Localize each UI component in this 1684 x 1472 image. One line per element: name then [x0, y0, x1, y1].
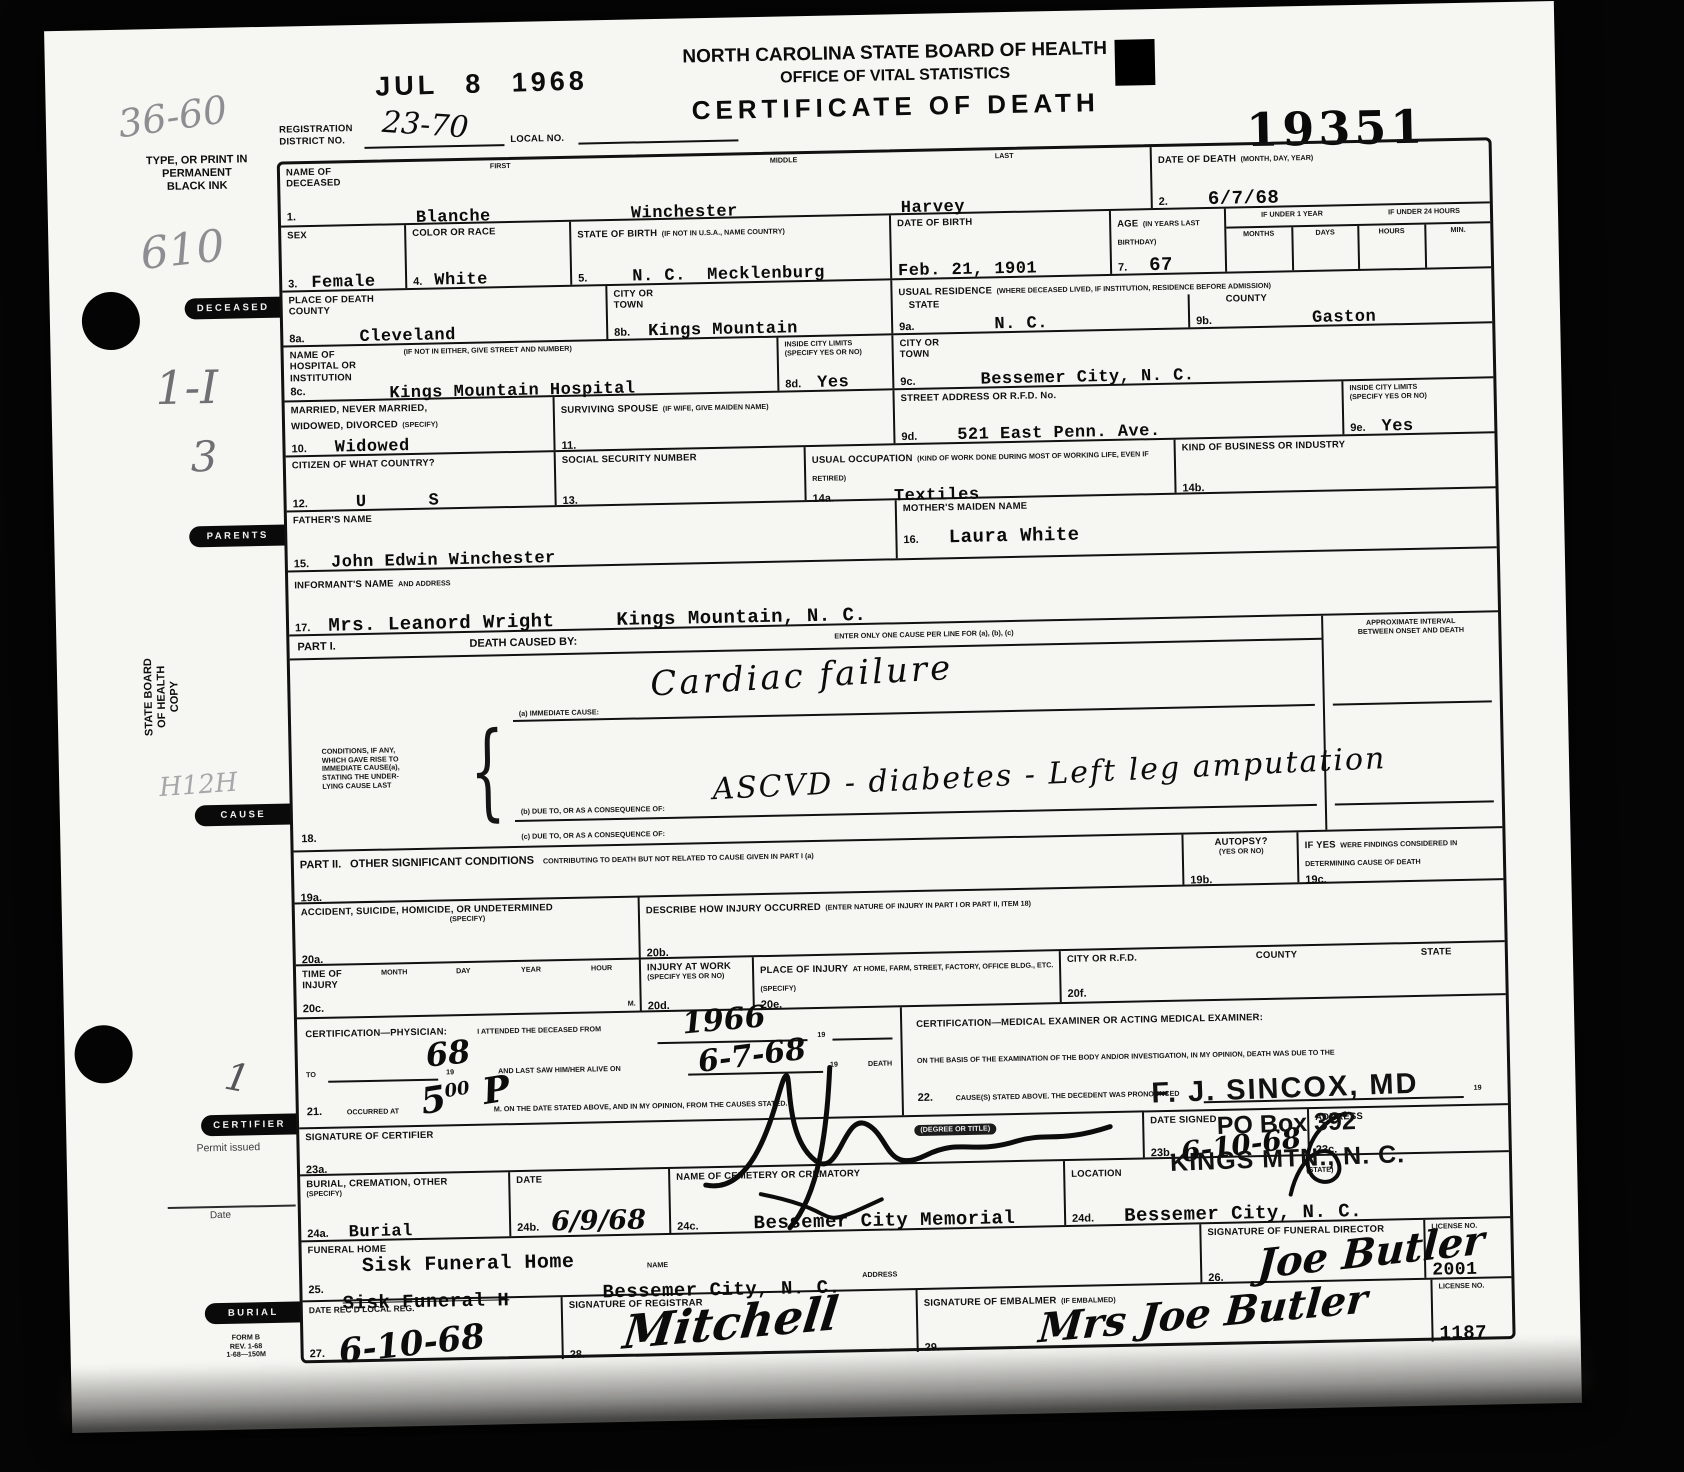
name-number: 1. — [287, 212, 296, 223]
field-res-state: STATE 9a.N. C. — [893, 294, 1191, 333]
marital-label-2: WIDOWED, DIVORCED — [291, 420, 398, 433]
year-sublabel: YEAR — [521, 966, 541, 975]
spouse-label: SURVIVING SPOUSE — [561, 403, 659, 416]
immediate-cause-label: (a) IMMEDIATE CAUSE: — [519, 708, 599, 718]
field-ssn: SOCIAL SECURITY NUMBER 13. — [556, 447, 807, 505]
date-received-number: 27. — [310, 1349, 326, 1360]
ink-instruction: TYPE, OR PRINT IN PERMANENT BLACK INK — [127, 153, 268, 195]
burial-date-value: 6/9/68 — [551, 1204, 646, 1237]
burial-sublabel: (SPECIFY) — [306, 1187, 504, 1200]
mother-number: 16. — [903, 535, 919, 546]
sob-value: N. C. Mecklenburg — [632, 265, 825, 286]
other-conditions-sublabel: CONTRIBUTING TO DEATH BUT NOT RELATED TO… — [543, 851, 814, 865]
months-label: MONTHS — [1226, 227, 1293, 271]
autopsy-number: 19b. — [1190, 875, 1212, 886]
pencil-note-610: 610 — [138, 220, 227, 280]
occurred-at-label: OCCURRED AT — [347, 1107, 399, 1117]
scanned-death-certificate: { "scan": {"cert_no": "19351", "date_sta… — [0, 0, 1684, 1472]
marital-number: 10. — [291, 444, 307, 455]
field-embalmer-signature: SIGNATURE OF EMBALMER (IF EMBALMED) 29. … — [918, 1280, 1434, 1352]
age-value: 67 — [1149, 256, 1173, 275]
field-autopsy: AUTOPSY? (YES OR NO) 19b. — [1183, 832, 1299, 884]
blank-line — [1335, 800, 1494, 805]
pod-icl-value: Yes — [817, 374, 849, 392]
accident-number: 20a. — [302, 955, 324, 966]
field-place-of-injury: PLACE OF INJURY AT HOME, FARM, STREET, F… — [754, 951, 1062, 1008]
burial-value: Burial — [349, 1223, 414, 1241]
tab-certifier: CERTIFIER — [201, 1113, 298, 1136]
received-date-stamp: JUL 8 1968 — [375, 65, 588, 102]
brace-glyph: { — [469, 718, 506, 824]
dod-sublabel: (MONTH, DAY, YEAR) — [1240, 153, 1313, 163]
marital-value: Widowed — [335, 438, 410, 457]
field-registrar-signature: SIGNATURE OF REGISTRAR 28. Mitchell — [563, 1290, 919, 1359]
ssn-number: 13. — [563, 496, 579, 507]
how-injury-number: 20b. — [647, 948, 669, 959]
permit-issued-label: Permit issued — [196, 1141, 260, 1154]
other-conditions-number: 19a. — [300, 893, 322, 904]
embalmer-label: SIGNATURE OF EMBALMER — [924, 1295, 1057, 1309]
field-res-county: COUNTY 9b.Gaston — [1190, 288, 1493, 327]
field-state-of-birth: STATE OF BIRTH (IF NOT IN U.S.A., NAME C… — [571, 215, 892, 284]
form-header: NORTH CAROLINA STATE BOARD OF HEALTH OFF… — [605, 36, 1186, 128]
month-sublabel: MONTH — [381, 968, 408, 977]
field-license-1187: LICENSE NO. 1187 — [1432, 1278, 1512, 1342]
license-value-1187: 1187 — [1439, 1324, 1487, 1344]
residence-header: USUAL RESIDENCE — [898, 285, 992, 298]
sob-label: STATE OF BIRTH — [577, 228, 657, 241]
pod-county-value: Cleveland — [359, 327, 456, 346]
field-business: KIND OF BUSINESS OR INDUSTRY 14b. — [1176, 433, 1496, 492]
field-interval: APPROXIMATE INTERVAL BETWEEN ONSET AND D… — [1323, 612, 1502, 829]
funeral-name-sublabel: NAME — [647, 1261, 668, 1270]
middle-sublabel: MIDDLE — [770, 156, 798, 165]
hospital-number: 8c. — [290, 387, 306, 398]
pod-city-number: 8b. — [614, 328, 630, 339]
sig-certifier-number: 23a. — [306, 1165, 328, 1176]
sex-value: Female — [311, 274, 376, 292]
blank-line — [513, 704, 1315, 722]
citizen-number: 12. — [293, 499, 309, 510]
item-18-number: 18. — [301, 834, 317, 845]
race-number: 4. — [413, 277, 422, 288]
conditions-note: CONDITIONS, IF ANY, WHICH GAVE RISE TO I… — [322, 745, 468, 791]
year-19-a: 19 — [817, 1031, 825, 1040]
part1-label: PART I. — [297, 641, 336, 655]
res-county-value: Gaston — [1312, 309, 1377, 327]
time-injury-number: 20c. — [303, 1004, 325, 1015]
field-injury-at-work: INJURY AT WORK (SPECIFY YES OR NO) 20d. — [641, 957, 755, 1010]
scan-artifact — [1114, 39, 1155, 86]
race-label: COLOR OR RACE — [412, 225, 565, 239]
tab-certifier-label: CERTIFIER — [213, 1119, 286, 1131]
due-to-b-value: ASCVD - diabetes - Left leg amputation — [712, 743, 1333, 807]
occupation-value: Textiles — [894, 487, 980, 506]
injury-county-label: COUNTY — [1256, 949, 1298, 961]
spouse-sublabel: (IF WIFE, GIVE MAIDEN NAME) — [663, 402, 769, 413]
field-funeral-director-signature: SIGNATURE OF FUNERAL DIRECTOR 26. Joe Bu… — [1201, 1220, 1426, 1282]
field-injury-location: CITY OR R.F.D. COUNTY STATE 20f. — [1061, 942, 1506, 1002]
res-icl-sublabel: (SPECIFY YES OR NO) — [1350, 390, 1490, 401]
due-to-c-label: (c) DUE TO, OR AS A CONSEQUENCE OF: — [521, 830, 665, 842]
father-number: 15. — [294, 559, 310, 570]
field-surviving-spouse: SURVIVING SPOUSE (IF WIFE, GIVE MAIDEN N… — [555, 390, 896, 450]
pencil-note-1-I: 1-I — [155, 360, 219, 415]
funeral-home-number: 25. — [308, 1285, 324, 1296]
copy-designation: STATE BOARD OF HEALTH COPY — [141, 631, 183, 762]
other-conditions-label: OTHER SIGNIFICANT CONDITIONS — [350, 855, 534, 871]
sob-number: 5. — [578, 273, 587, 284]
citizen-label: CITIZEN OF WHAT COUNTRY? — [292, 455, 550, 472]
findings-number: 19c. — [1305, 875, 1327, 886]
pod-city-value: Kings Mountain — [648, 320, 798, 340]
conditions-line5: LYING CAUSE LAST — [322, 780, 467, 792]
tab-cause-label: CAUSE — [220, 809, 266, 821]
informant-number: 17. — [295, 623, 311, 634]
hour-sublabel: HOUR — [591, 964, 612, 973]
field-hospital: NAME OF HOSPITAL OR INSTITUTION (IF NOT … — [283, 338, 779, 401]
citizen-value: U S — [356, 492, 453, 511]
blank-line — [364, 144, 504, 149]
place-injury-number: 20e. — [761, 1000, 783, 1011]
license-label-2: LICENSE NO. — [1438, 1281, 1507, 1291]
res-city-value: Bessemer City, N. C. — [980, 367, 1194, 388]
to-year-value: 68 — [424, 1032, 472, 1075]
tab-parents-label: PARENTS — [207, 530, 269, 542]
district-no-value: 23-70 — [381, 105, 470, 146]
pencil-note-36-60: 36-60 — [115, 87, 230, 146]
date-received-label: DATE REC'D LOCAL REG. — [309, 1300, 557, 1315]
tab-burial: BURIAL — [205, 1301, 302, 1324]
burial-date-label: DATE — [516, 1172, 664, 1186]
field-sex: SEX 3.Female — [281, 225, 407, 290]
tab-deceased: DECEASED — [184, 297, 281, 320]
blank-line — [578, 139, 738, 144]
injury-state-label: STATE — [1421, 946, 1452, 958]
dob-label: DATE OF BIRTH — [897, 214, 1105, 230]
injury-work-sublabel: (SPECIFY YES OR NO) — [647, 972, 748, 983]
under-24-hours-label: IF UNDER 24 HOURS — [1358, 203, 1490, 224]
tab-deceased-label: DECEASED — [197, 302, 270, 314]
footer-line3: 1-68—150M — [199, 1350, 294, 1361]
to-label: TO — [306, 1071, 316, 1080]
field-pod-inside-city-limits: INSIDE CITY LIMITS (SPECIFY YES OR NO) 8… — [778, 335, 894, 390]
informant-name-value: Mrs. Leanord Wright — [328, 612, 554, 636]
day-sublabel: DAY — [456, 967, 471, 976]
field-date-of-death: DATE OF DEATH (MONTH, DAY, YEAR) 2.6/7/6… — [1152, 140, 1490, 208]
blank-line — [832, 1037, 892, 1040]
district-no-label: DISTRICT NO. — [279, 135, 345, 148]
field-if-under: IF UNDER 1 YEAR IF UNDER 24 HOURS MONTHS… — [1226, 203, 1491, 271]
res-icl-value: Yes — [1381, 418, 1413, 436]
field-age: AGE (IN YEARS LAST BIRTHDAY) 7.67 — [1111, 209, 1227, 274]
field-pod-city: CITY OR TOWN 8b.Kings Mountain — [607, 280, 893, 339]
date-rule — [168, 1204, 296, 1209]
field-burial-type: BURIAL, CREMATION, OTHER (SPECIFY) 24a.B… — [300, 1172, 511, 1240]
res-icl-number: 9e. — [1350, 423, 1366, 434]
occupation-number: 14a. — [813, 494, 835, 505]
informant-sublabel: AND ADDRESS — [398, 578, 451, 588]
last-sublabel: LAST — [995, 152, 1014, 161]
place-injury-label: PLACE OF INJURY — [760, 963, 848, 976]
street-number: 9d. — [901, 432, 917, 443]
field-date-received: DATE REC'D LOCAL REG. 27.6-10-68 — [303, 1297, 564, 1364]
location-value: Bessemer City, N. C. — [1124, 1202, 1362, 1226]
if-yes-label: IF YES — [1305, 840, 1336, 852]
physician-address-stamp: F. J. SINCOX, MD PO Box 392 KINGS MTN., … — [1060, 1064, 1513, 1182]
business-number: 14b. — [1182, 483, 1204, 494]
occupation-label: USUAL OCCUPATION — [812, 453, 913, 466]
funeral-director-number: 26. — [1208, 1273, 1224, 1284]
tab-cause: CAUSE — [195, 803, 292, 826]
business-label: KIND OF BUSINESS OR INDUSTRY — [1182, 436, 1491, 454]
last-saw-label: AND LAST SAW HIM/HER ALIVE ON — [498, 1065, 621, 1076]
local-no-label: LOCAL NO. — [510, 133, 564, 145]
sex-label: SEX — [287, 228, 400, 242]
field-citizen: CITIZEN OF WHAT COUNTRY? 12.U S — [286, 452, 557, 510]
field-occupation: USUAL OCCUPATION (KIND OF WORK DONE DURI… — [806, 440, 1177, 500]
res-city-number: 9c. — [900, 377, 916, 388]
field-pod-county: PLACE OF DEATH COUNTY 8a.Cleveland — [282, 286, 608, 346]
pencil-note-3: 3 — [190, 432, 218, 482]
tab-burial-label: BURIAL — [228, 1307, 279, 1319]
instruction-line3: BLACK INK — [127, 179, 267, 195]
sob-sublabel: (IF NOT IN U.S.A., NAME COUNTRY) — [662, 226, 785, 237]
immediate-cause-value: Cardiac failure — [649, 648, 954, 705]
age-number: 7. — [1118, 263, 1127, 274]
street-value: 521 East Penn. Ave. — [957, 423, 1161, 444]
attended-from-label: I ATTENDED THE DECEASED FROM — [477, 1025, 601, 1036]
funeral-home-name-value: Sisk Funeral Home — [362, 1253, 575, 1277]
burial-date-number: 24b. — [517, 1223, 539, 1234]
informant-label: INFORMANT'S NAME — [294, 578, 394, 591]
meridiem-label: M. — [628, 1000, 636, 1009]
days-label: DAYS — [1293, 226, 1360, 270]
ssn-label: SOCIAL SECURITY NUMBER — [562, 450, 800, 466]
race-value: White — [434, 271, 488, 289]
field-marital-status: MARRIED, NEVER MARRIED, WIDOWED, DIVORCE… — [285, 397, 556, 455]
burial-number: 24a. — [307, 1229, 329, 1240]
field-findings: IF YES WERE FINDINGS CONSIDERED IN DETER… — [1298, 828, 1503, 882]
item-21-number: 21. — [307, 1107, 323, 1118]
father-value: John Edwin Winchester — [331, 550, 556, 572]
first-sublabel: FIRST — [490, 162, 511, 171]
death-caused-by-label: DEATH CAUSED BY: — [469, 636, 577, 651]
how-injury-sublabel: (ENTER NATURE OF INJURY IN PART I OR PAR… — [825, 899, 1031, 912]
res-state-number: 9a. — [899, 322, 915, 333]
pod-icl-number: 8d. — [785, 379, 801, 390]
certificate-paper: JUL 8 1968 REGISTRATION DISTRICT NO. 23-… — [44, 1, 1582, 1433]
part2-label: PART II. — [300, 858, 342, 871]
min-label: MIN. — [1426, 223, 1491, 267]
funeral-address-sublabel: ADDRESS — [862, 1270, 897, 1279]
enter-one-cause-label: ENTER ONLY ONE CAUSE PER LINE FOR (a), (… — [834, 629, 1013, 641]
injury-location-number: 20f. — [1068, 989, 1087, 1000]
date-word-label: Date — [210, 1210, 231, 1221]
dod-label: DATE OF DEATH — [1158, 153, 1236, 166]
mother-value: Laura White — [949, 526, 1080, 548]
field-burial-date: DATE 24b.6/9/68 — [510, 1169, 671, 1236]
tab-parents: PARENTS — [189, 525, 286, 548]
time-of-death-value: 500 P — [418, 1067, 513, 1123]
row-part1: PART I. DEATH CAUSED BY: ENTER ONLY ONE … — [289, 612, 1502, 852]
hole-punch-bottom — [74, 1025, 133, 1084]
registration-label: REGISTRATION — [279, 123, 353, 136]
pencil-note-cause: H12H — [158, 768, 238, 804]
field-accident-type: ACCIDENT, SUICIDE, HOMICIDE, OR UNDETERM… — [295, 898, 641, 965]
blank-line — [1333, 700, 1492, 705]
autopsy-sublabel: (YES OR NO) — [1190, 847, 1293, 858]
hole-punch-top — [81, 291, 140, 350]
registrar-number: 28. — [570, 1350, 586, 1361]
hours-label: HOURS — [1359, 225, 1426, 269]
how-injury-label: DESCRIBE HOW INJURY OCCURRED — [646, 902, 821, 917]
res-county-number: 9b. — [1196, 316, 1212, 327]
field-cause-of-death: PART I. DEATH CAUSED BY: ENTER ONLY ONE … — [289, 616, 1327, 851]
due-to-b-label: (b) DUE TO, OR AS A CONSEQUENCE OF: — [521, 805, 665, 817]
injury-work-number: 20d. — [648, 1001, 670, 1012]
dod-number: 2. — [1159, 197, 1168, 208]
age-label: AGE — [1117, 218, 1138, 229]
dob-value: Feb. 21, 1901 — [898, 260, 1037, 280]
certificate-title: CERTIFICATE OF DEATH — [606, 85, 1187, 128]
field-res-inside-city-limits: INSIDE CITY LIMITS (SPECIFY YES OR NO) 9… — [1343, 378, 1494, 434]
dod-value: 6/7/68 — [1208, 189, 1280, 209]
copy-line3: COPY — [168, 631, 184, 761]
form-number-footer: FORM B REV. 1-68 1-68—150M — [198, 1333, 294, 1361]
informant-address-value: Kings Mountain, N. C. — [616, 606, 866, 630]
time-minutes: 00 — [443, 1077, 471, 1102]
field-time-of-injury: TIME OF INJURY MONTH DAY YEAR HOUR 20c. … — [296, 960, 642, 1018]
pod-icl-sublabel: (SPECIFY YES OR NO) — [785, 347, 888, 358]
pod-county-number: 8a. — [289, 334, 305, 345]
spouse-number: 11. — [561, 441, 576, 452]
field-date-of-birth: DATE OF BIRTH Feb. 21, 1901 — [891, 211, 1112, 278]
embalmer-number: 29. — [925, 1343, 941, 1354]
injury-city-label: CITY OR R.F.D. — [1067, 953, 1137, 966]
location-number: 24d. — [1072, 1213, 1094, 1224]
cert-me-label: CERTIFICATION—MEDICAL EXAMINER OR ACTING… — [916, 1012, 1263, 1030]
res-state-value: N. C. — [994, 315, 1048, 333]
marital-sublabel: (SPECIFY) — [402, 420, 438, 430]
pencil-note-1: 1 — [221, 1054, 253, 1102]
field-color-or-race: COLOR OR RACE 4.White — [406, 222, 572, 288]
field-street-address: STREET ADDRESS OR R.F.D. No. 9d.521 East… — [894, 381, 1344, 443]
sex-number: 3. — [288, 279, 297, 290]
